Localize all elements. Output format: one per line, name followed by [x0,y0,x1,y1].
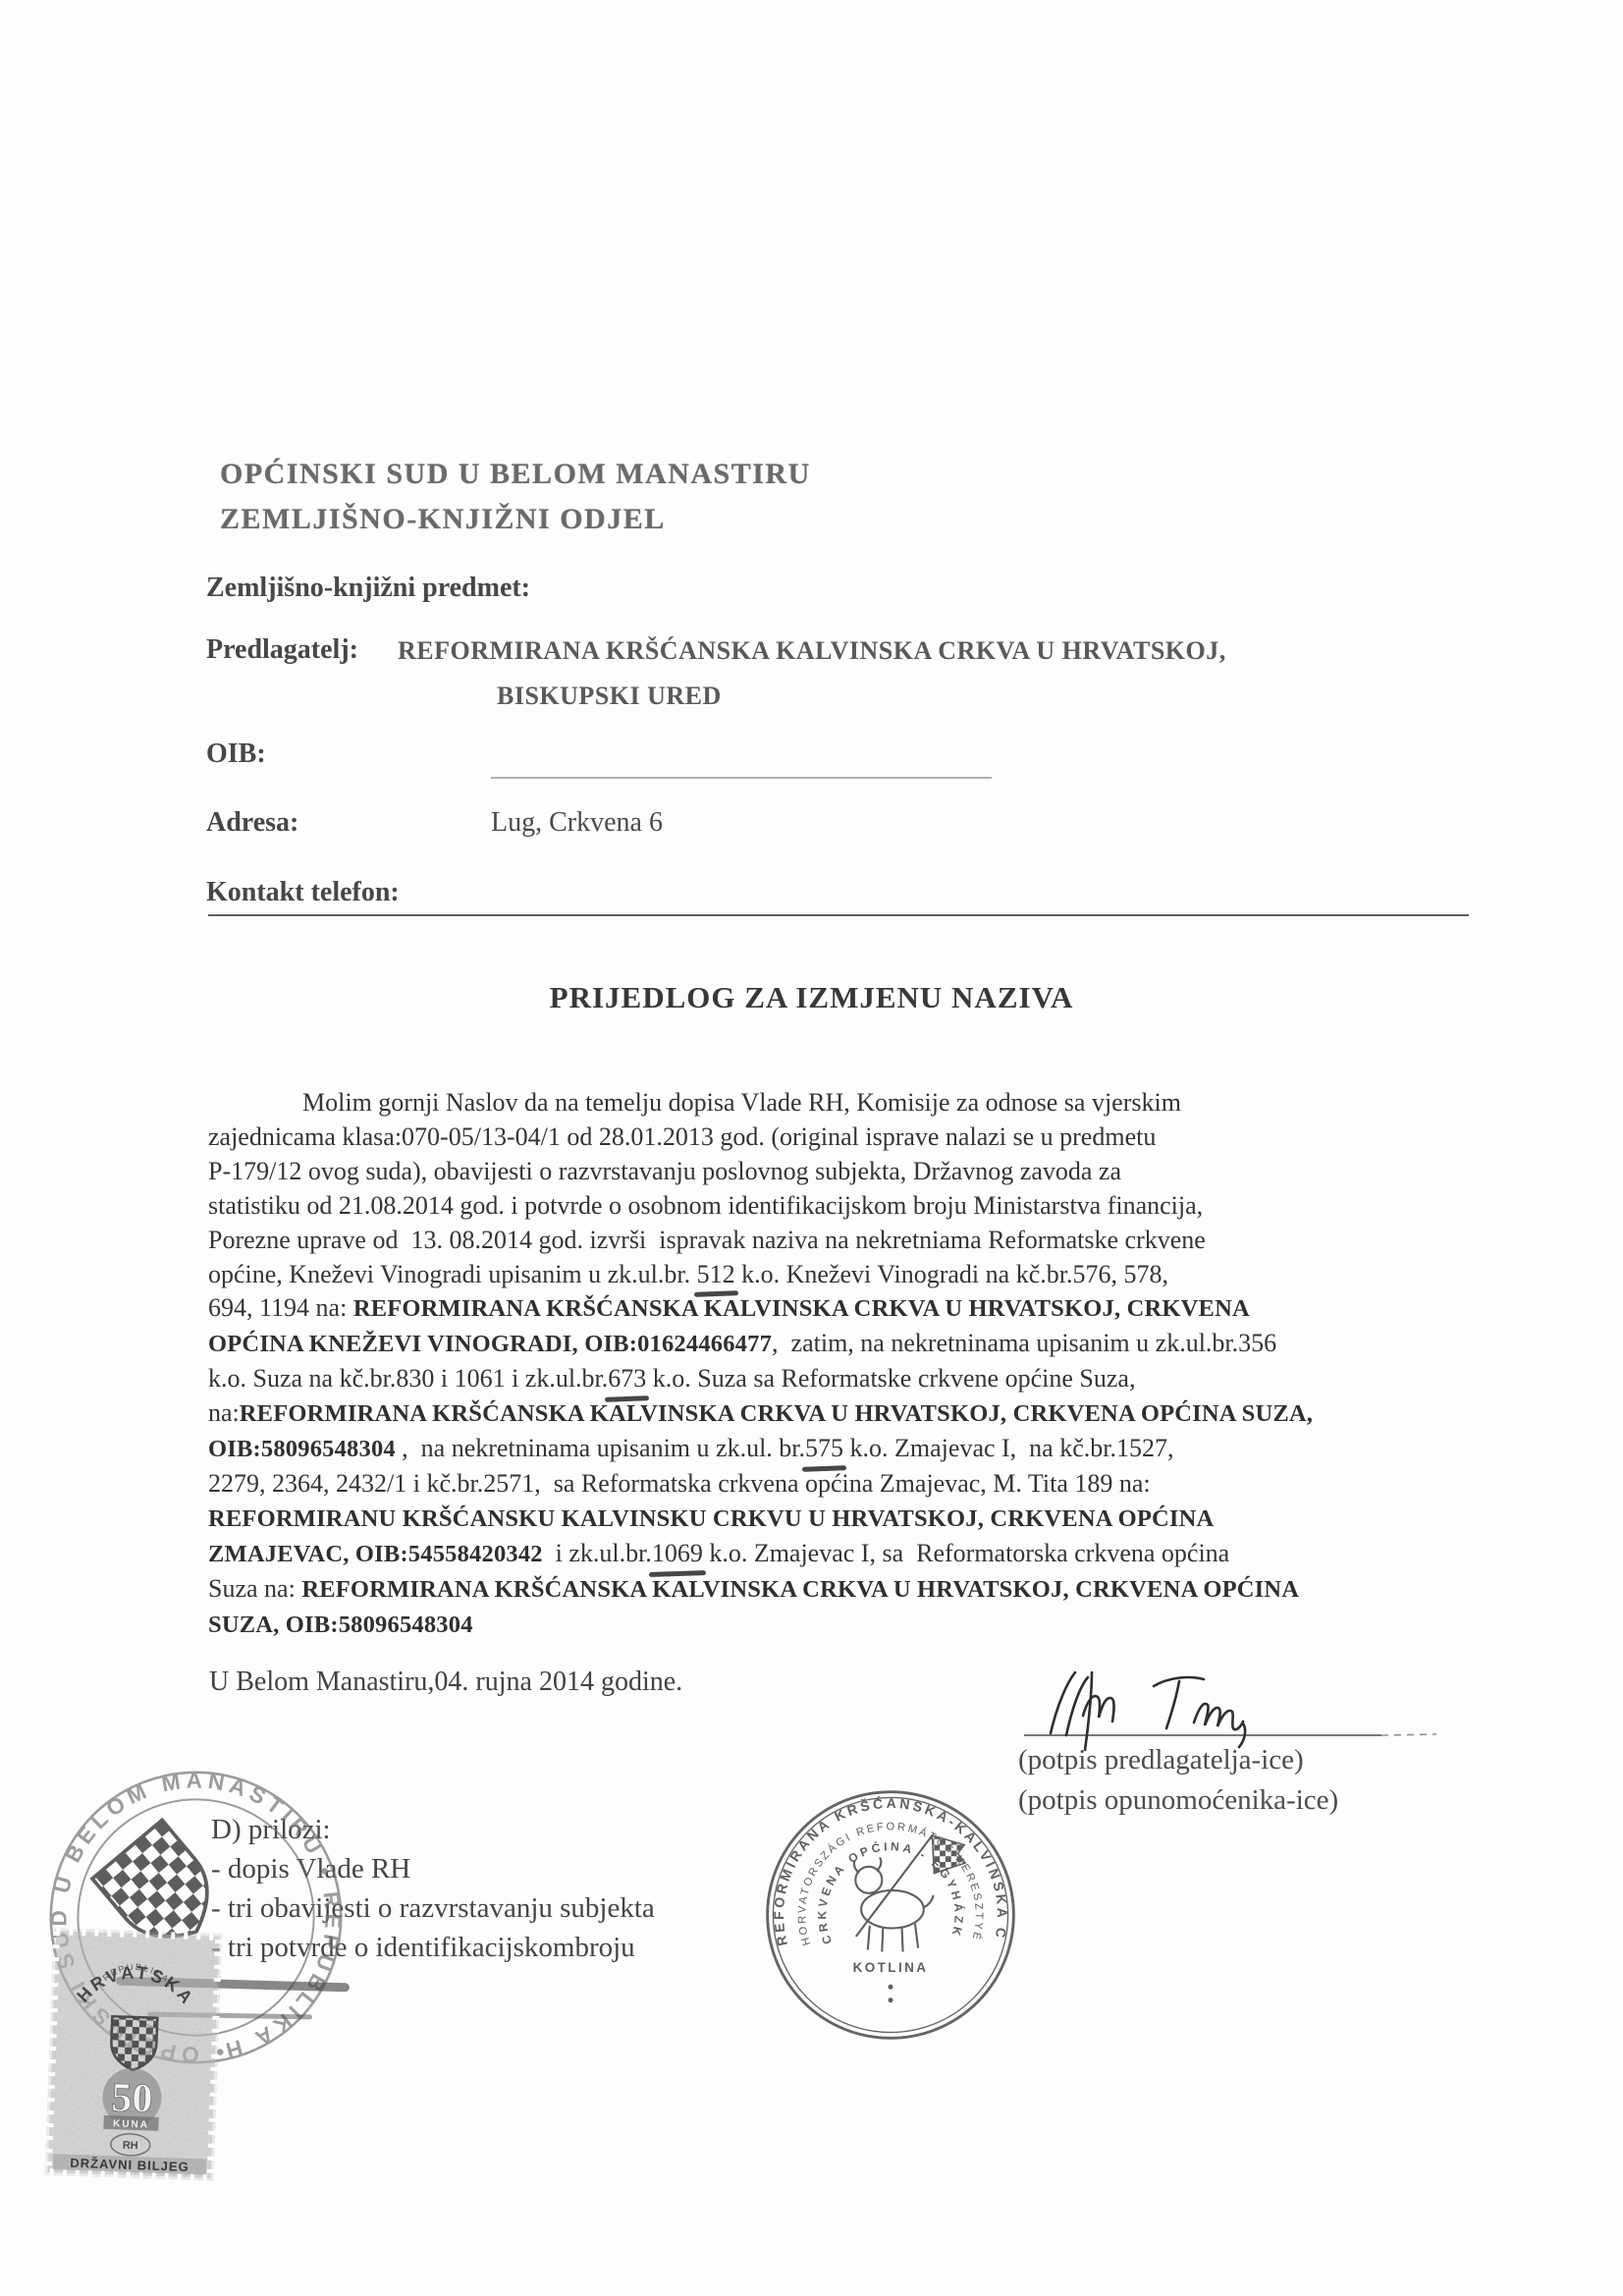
oib-label: OIB: [206,738,266,770]
revenue-stamp-currency: KUNA [113,2118,149,2130]
body-line: P-179/12 ovog suda), obavijesti o razvrs… [208,1155,1469,1189]
adresa-value: Lug, Crkvena 6 [491,807,663,839]
body-paragraph: Molim gornji Naslov da na temelju dopisa… [208,1086,1469,1643]
predlagatelj-value-line1: REFORMIRANA KRŠĆANSKA KALVINSKA CRKVA U … [398,636,1226,666]
body-line: k.o. Suza na kč.br.830 i 1061 i zk.ul.br… [208,1362,1469,1396]
body-line: statistiku od 21.08.2014 god. i potvrde … [208,1189,1469,1224]
church-seal: REFORMIRANA KRŠĆANSKA-KALVINSKA CRKVA U … [758,1782,1023,2048]
body-line: ZMAJEVAC, OIB:54558420342 i zk.ul.br.106… [208,1537,1469,1572]
body-line: 2279, 2364, 2432/1 i kč.br.2571, sa Refo… [208,1467,1469,1502]
adresa-label: Adresa: [206,807,298,839]
body-line: REFORMIRANU KRŠĆANSKU KALVINSKU CRKVU U … [208,1502,1469,1537]
body-line: Porezne uprave od 13. 08.2014 god. izvrš… [208,1224,1469,1258]
revenue-stamp: REPUBLIKA HRVATSKA 50 KUNA RH DRŽAVNI BI… [45,1928,223,2181]
date-line: U Belom Manastiru,04. rujna 2014 godine. [209,1667,682,1698]
church-seal-outer-text: REFORMIRANA KRŠĆANSKA-KALVINSKA CRKVA U … [758,1782,1010,1947]
oib-blank-line [491,777,992,779]
body-line: općine, Kneževi Vinogradi upisanim u zk.… [208,1258,1469,1292]
predlagatelj-value-line2: BISKUPSKI URED [497,682,722,711]
signature-caption-2: (potpis opunomoćenika-ice) [1018,1780,1338,1821]
body-line: Molim gornji Naslov da na temelju dopisa… [208,1086,1469,1121]
revenue-stamp-value: 50 [111,2075,154,2121]
predmet-label: Zemljišno-knjižni predmet: [206,573,530,604]
kontakt-blank-line [208,914,1469,916]
body-line: 694, 1194 na: REFORMIRANA KRŠĆANSKA KALV… [208,1291,1469,1327]
body-line: zajednicama klasa:070-05/13-04/1 od 28.0… [208,1121,1469,1155]
body-line: OIB:58096548304 , na nekretninama upisan… [208,1432,1469,1467]
svg-text:REFORMIRANA KRŠĆANSKA-KALVINSK: REFORMIRANA KRŠĆANSKA-KALVINSKA CRKVA U … [758,1782,1010,1947]
body-line: SUZA, OIB:58096548304 [208,1608,1469,1643]
kontakt-label: Kontakt telefon: [206,877,400,908]
body-line: na:REFORMIRANA KRŠĆANSKA KALVINSKA CRKVA… [208,1396,1469,1432]
revenue-stamp-oval-text: RH [123,2140,138,2153]
letterhead: OPĆINSKI SUD U BELOM MANASTIRU ZEMLJIŠNO… [220,452,811,542]
signature-caption-1: (potpis predlagatelja-ice) [1018,1740,1338,1780]
body-line: OPĆINA KNEŽEVI VINOGRADI, OIB:0162446647… [208,1327,1469,1362]
department-name: ZEMLJIŠNO-KNJIŽNI ODJEL [220,497,811,542]
signature-captions: (potpis predlagatelja-ice) (potpis opuno… [1018,1740,1338,1821]
scanned-document-page: OPĆINSKI SUD U BELOM MANASTIRU ZEMLJIŠNO… [0,0,1623,2296]
signature-strokes [1051,1672,1245,1750]
body-line: Suza na: REFORMIRANA KRŠĆANSKA KALVINSKA… [208,1572,1469,1608]
church-seal-center-name: KOTLINA [853,1960,929,1975]
predlagatelj-label: Predlagatelj: [206,634,358,666]
court-name: OPĆINSKI SUD U BELOM MANASTIRU [220,452,811,497]
document-title: PRIJEDLOG ZA IZMJENU NAZIVA [0,980,1623,1015]
